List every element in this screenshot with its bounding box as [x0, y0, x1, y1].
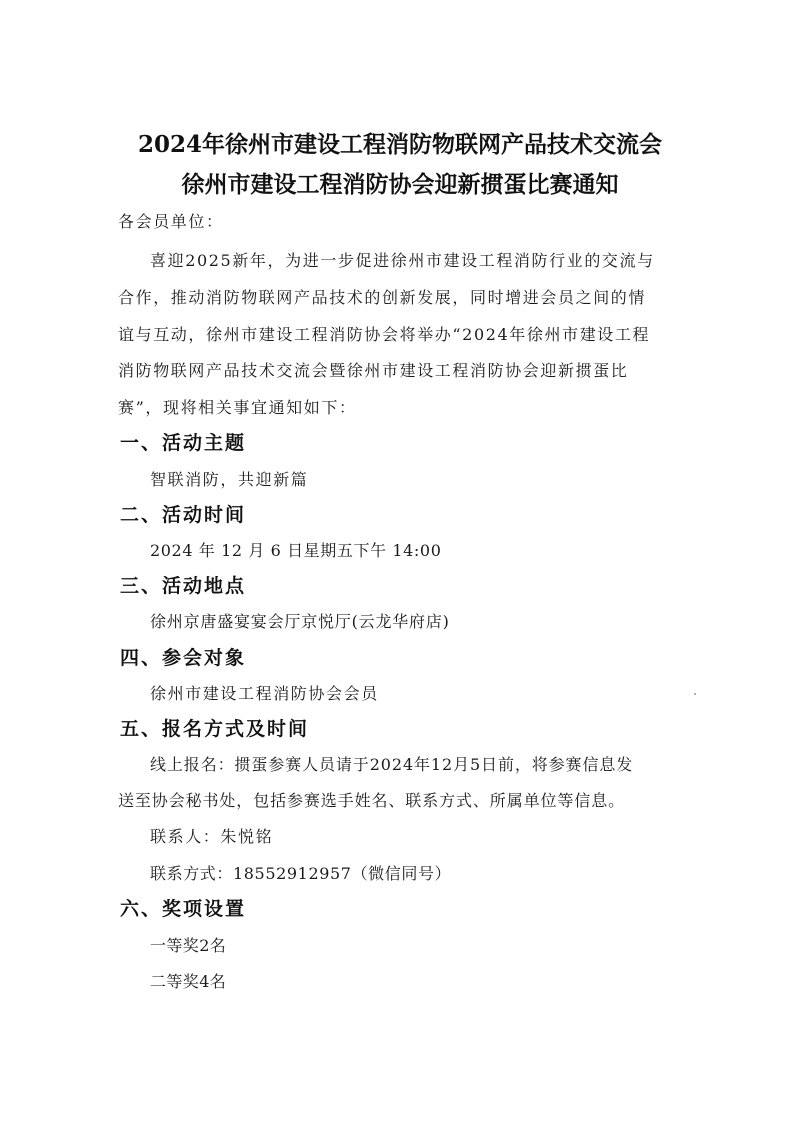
document-title-line-2: 徐州市建设工程消防协会迎新掼蛋比赛通知: [0, 166, 800, 199]
notice-page: 2024年徐州市建设工程消防物联网产品技术交流会 徐州市建设工程消防协会迎新掼蛋…: [0, 0, 800, 1132]
section-text-theme: 智联消防，共迎新篇: [150, 467, 308, 490]
section-heading-location: 三、活动地点: [120, 571, 246, 598]
section-text-location: 徐州京唐盛宴宴会厅京悦厅(云龙华府店): [150, 609, 450, 632]
section-heading-registration: 五、报名方式及时间: [120, 714, 309, 741]
section-heading-participants: 四、参会对象: [120, 643, 246, 670]
section-text-participants: 徐州市建设工程消防协会会员: [150, 681, 379, 704]
intro-line: 消防物联网产品技术交流会暨徐州市建设工程消防协会迎新掼蛋比: [118, 358, 628, 381]
document-title-line-1: 2024年徐州市建设工程消防物联网产品技术交流会: [0, 126, 800, 159]
section-heading-time: 二、活动时间: [120, 500, 246, 527]
intro-line: 谊与互动，徐州市建设工程消防协会将举办“2024年徐州市建设工程: [118, 322, 650, 345]
intro-line: 喜迎2025新年，为进一步促进徐州市建设工程消防行业的交流与: [150, 248, 655, 271]
contact-person: 联系人：朱悦铭: [150, 824, 273, 847]
section-text-time: 2024 年 12 月 6 日星期五下午 14:00: [150, 538, 441, 561]
section-text-registration: 送至协会秘书处，包括参赛选手姓名、联系方式、所属单位等信息。: [118, 788, 625, 811]
section-heading-awards: 六、奖项设置: [120, 894, 246, 921]
contact-phone: 联系方式：18552912957（微信同号）: [150, 861, 451, 884]
scan-speck: [694, 693, 696, 695]
salutation: 各会员单位：: [118, 209, 224, 232]
section-heading-theme: 一、活动主题: [120, 428, 246, 455]
award-first-prize: 一等奖2名: [150, 933, 226, 956]
award-second-prize: 二等奖4名: [150, 969, 226, 992]
intro-line: 合作，推动消防物联网产品技术的创新发展，同时增进会员之间的情: [118, 285, 646, 308]
section-text-registration: 线上报名：掼蛋参赛人员请于2024年12月5日前，将参赛信息发: [150, 752, 633, 775]
intro-line: 赛”，现将相关事宜通知如下：: [118, 395, 357, 418]
